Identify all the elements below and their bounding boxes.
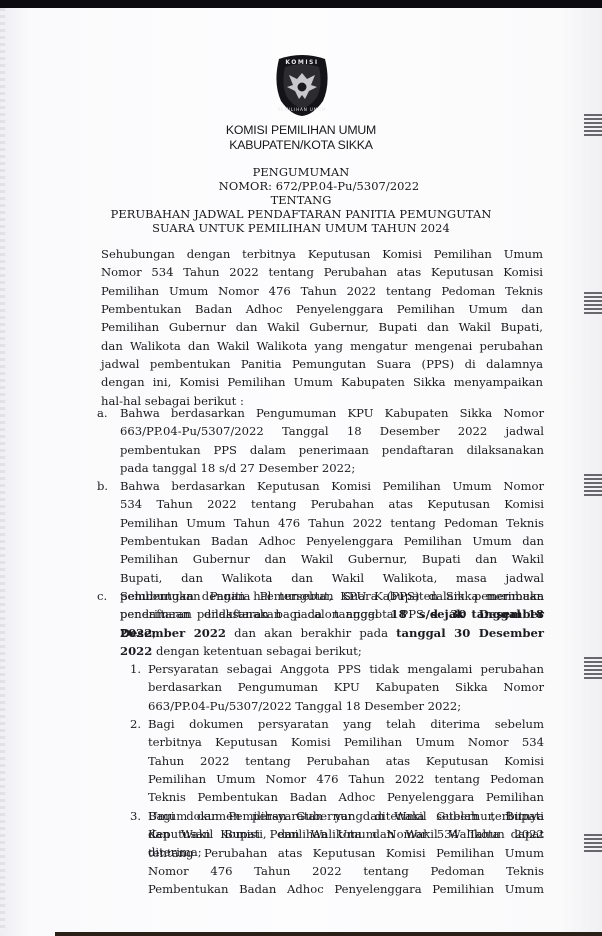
org-name-line2: KABUPATEN/KOTA SIKKA (0, 138, 602, 152)
document-subject-label: TENTANG (0, 193, 602, 207)
item-a-line: pembentukan PPS dalam penerimaan pendaft… (120, 441, 544, 459)
scanned-document-page: KOMISI PEMILIHAN UMUM KOMISI PEMILIHAN U… (0, 0, 602, 936)
subitem-2-line: Bagi dokumen persyaratan yang telah dite… (148, 715, 544, 733)
item-b-line: Bupati, dan Walikota dan Wakil Walikota,… (120, 569, 544, 587)
document-number: NOMOR: 672/PP.04-Pu/5307/2022 (18, 179, 602, 193)
item-c-line: Desember 2022 dan akan berakhir pada tan… (120, 624, 544, 642)
sublist-item-3: Bagi dokumen persyaratan yang diterima s… (148, 807, 544, 899)
subitem-2-line: Teknis Pembentukan Badan Adhoc Penyeleng… (148, 788, 544, 806)
item-c-text: penerimaan pendaftaran bagi calon anggot… (120, 607, 431, 621)
intro-line: Nomor 534 Tahun 2022 tentang Perubahan a… (101, 263, 543, 281)
list-marker-b: b. (97, 479, 108, 493)
list-item-a: Bahwa berdasarkan Pengumuman KPU Kabupat… (120, 404, 544, 477)
subitem-3-line: Pembentukan Badan Adhoc Penyelenggara Pe… (148, 880, 544, 898)
svg-text:PEMILIHAN UMUM: PEMILIHAN UMUM (278, 107, 327, 112)
scan-artifact (584, 832, 602, 854)
item-b-line: Pembentukan Badan Adhoc Penyelenggara Pe… (120, 532, 544, 550)
scan-bottom-edge (55, 932, 602, 936)
item-a-line: 663/PP.04-Pu/5307/2022 Tanggal 18 Desemb… (120, 422, 544, 440)
subitem-3-line: Bagi dokumen persyaratan yang diterima s… (148, 807, 544, 825)
item-b-line: 534 Tahun 2022 tentang Perubahan atas Ke… (120, 495, 544, 513)
subitem-1-line: Persyaratan sebagai Anggota PPS tidak me… (148, 660, 544, 678)
subitem-3-line: Nomor 476 Tahun 2022 tentang Pedoman Tek… (148, 862, 544, 880)
subitem-1-line: 663/PP.04-Pu/5307/2022 Tanggal 18 Desemb… (148, 697, 544, 715)
item-c-bold-end: tanggal 30 Desember (396, 626, 544, 640)
sublist-marker-2: 2. (130, 717, 141, 731)
scan-top-edge (0, 0, 602, 8)
scan-artifact (584, 655, 602, 681)
item-c-text: dengan ketentuan sebagai berikut; (152, 644, 361, 658)
intro-paragraph: Sehubungan dengan terbitnya Keputusan Ko… (101, 245, 543, 410)
intro-line: Pemilihan Gubernur dan Wakil Gubernur, B… (101, 318, 543, 336)
intro-line: dengan ini, Komisi Pemilihan Umum Kabupa… (101, 373, 543, 391)
scan-artifact (584, 472, 602, 498)
svg-text:KOMISI: KOMISI (285, 59, 318, 66)
document-title-line1: PERUBAHAN JADWAL PENDAFTARAN PANITIA PEM… (0, 207, 602, 221)
item-c-line: Sehubungan dengan hal tersebut, KPU Kabu… (120, 587, 544, 605)
item-c-line: 2022 dengan ketentuan sebagai berikut; (120, 642, 544, 660)
intro-line: Pembentukan Badan Adhoc Penyelenggara Pe… (101, 300, 543, 318)
document-type: PENGUMUMAN (0, 165, 602, 179)
item-a-line: Bahwa berdasarkan Pengumuman KPU Kabupat… (120, 404, 544, 422)
item-c-line: penerimaan pendaftaran bagi calon anggot… (120, 605, 544, 623)
item-c-bold-start-date: Desember 2022 (120, 626, 226, 640)
item-c-bold-start: sejak tanggal 18 (431, 607, 544, 621)
item-c-text: dan akan berakhir pada (226, 626, 396, 640)
item-c-bold-end-year: 2022 (120, 644, 152, 658)
item-b-line: Bahwa berdasarkan Keputusan Komisi Pemil… (120, 477, 544, 495)
org-name-line1: KOMISI PEMILIHAN UMUM (0, 123, 602, 137)
intro-line: Pemilihan Umum Nomor 476 Tahun 2022 tent… (101, 282, 543, 300)
subitem-2-line: terbitnya Keputusan Komisi Pemilihan Umu… (148, 733, 544, 751)
sublist-marker-3: 3. (130, 809, 141, 823)
sublist-item-1: Persyaratan sebagai Anggota PPS tidak me… (148, 660, 544, 715)
subitem-3-line: Keputusan Komisi Pemilihan Umum Nomor 53… (148, 825, 544, 843)
document-title-line2: SUARA UNTUK PEMILIHAN UMUM TAHUN 2024 (0, 221, 602, 235)
list-item-c: Sehubungan dengan hal tersebut, KPU Kabu… (120, 587, 544, 660)
subitem-1-line: berdasarkan Pengumuman KPU Kabupaten Sik… (148, 678, 544, 696)
sublist-marker-1: 1. (130, 662, 141, 676)
intro-line: jadwal pembentukan Panitia Pemungutan Su… (101, 355, 543, 373)
kpu-emblem-icon: KOMISI PEMILIHAN UMUM (273, 53, 331, 117)
intro-line: dan Walikota dan Wakil Walikota yang men… (101, 337, 543, 355)
list-marker-c: c. (97, 589, 107, 603)
list-marker-a: a. (97, 406, 108, 420)
intro-line: Sehubungan dengan terbitnya Keputusan Ko… (101, 245, 543, 263)
item-b-line: Pemilihan Umum Tahun 476 Tahun 2022 tent… (120, 514, 544, 532)
item-b-line: Pemilihan Gubernur dan Wakil Gubernur, B… (120, 550, 544, 568)
subitem-3-line: tentang Perubahan atas Keputusan Komisi … (148, 844, 544, 862)
scan-artifact (584, 290, 602, 316)
subitem-2-line: Tahun 2022 tentang Perubahan atas Keputu… (148, 752, 544, 770)
item-a-line: pada tanggal 18 s/d 27 Desember 2022; (120, 459, 544, 477)
subitem-2-line: Pemilihan Umum Nomor 476 Tahun 2022 tent… (148, 770, 544, 788)
